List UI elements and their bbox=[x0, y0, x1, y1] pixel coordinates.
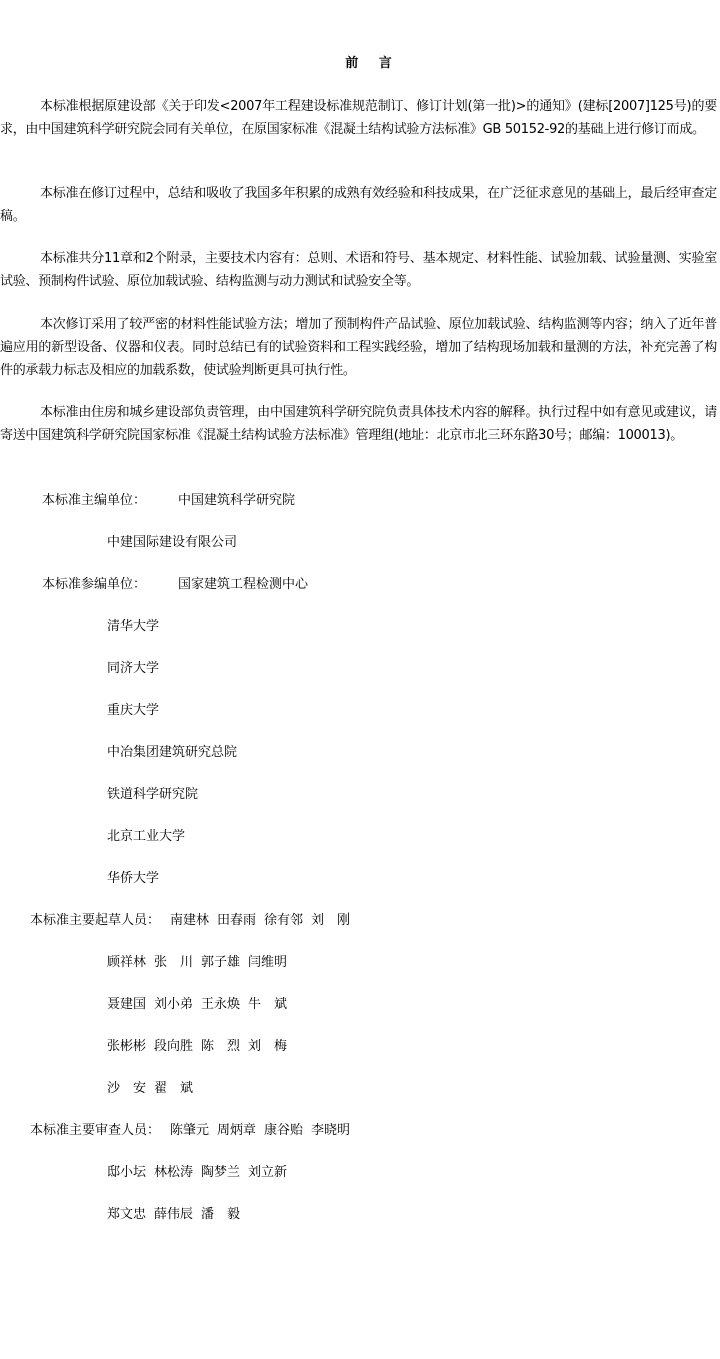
paragraph-5: 本标准由住房和城乡建设部负责管理，由中国建筑科学研究院负责具体技术内容的解释。执… bbox=[0, 401, 717, 447]
person-name: 陈 烈 bbox=[201, 1039, 240, 1054]
person-name: 刘 梅 bbox=[248, 1039, 287, 1054]
person-name: 段向胜 bbox=[154, 1039, 193, 1054]
participating-unit: 铁道科学研究院 bbox=[107, 783, 198, 802]
participating-unit: 国家建筑工程检测中心 bbox=[178, 573, 308, 592]
participating-unit: 中冶集团建筑研究总院 bbox=[107, 741, 237, 760]
person-name: 刘立新 bbox=[248, 1165, 287, 1180]
person-name: 刘小弟 bbox=[154, 997, 193, 1012]
paragraph-2: 本标准在修订过程中，总结和吸收了我国多年积累的成熟有效经验和科技成果，在广泛征求… bbox=[0, 182, 717, 228]
drafters-line: 张彬彬段向胜陈 烈刘 梅 bbox=[107, 1035, 295, 1054]
person-name: 徐有邻 bbox=[264, 913, 303, 928]
person-name: 聂建国 bbox=[107, 997, 146, 1012]
person-name: 王永焕 bbox=[201, 997, 240, 1012]
person-name: 李晓明 bbox=[311, 1123, 350, 1138]
person-name: 陶梦兰 bbox=[201, 1165, 240, 1180]
person-name: 郑文忠 bbox=[107, 1207, 146, 1222]
person-name: 翟 斌 bbox=[154, 1081, 193, 1096]
reviewers-line: 陈肇元周炳章康谷贻李晓明 bbox=[170, 1119, 358, 1138]
person-name: 田春雨 bbox=[217, 913, 256, 928]
person-name: 张彬彬 bbox=[107, 1039, 146, 1054]
participating-unit: 北京工业大学 bbox=[107, 825, 185, 844]
paragraph-1: 本标准根据原建设部《关于印发<2007年工程建设标准规范制订、修订计划(第一批)… bbox=[0, 95, 717, 141]
page-title: 前 言 bbox=[0, 52, 720, 71]
participating-editors-label: 本标准参编单位： bbox=[42, 573, 146, 592]
reviewers-line: 郑文忠薛伟辰潘 毅 bbox=[107, 1203, 248, 1222]
person-name: 邸小坛 bbox=[107, 1165, 146, 1180]
participating-unit: 重庆大学 bbox=[107, 699, 159, 718]
person-name: 周炳章 bbox=[217, 1123, 256, 1138]
person-name: 康谷贻 bbox=[264, 1123, 303, 1138]
person-name: 陈肇元 bbox=[170, 1123, 209, 1138]
drafters-line: 顾祥林张 川郭子雄闫维明 bbox=[107, 951, 295, 970]
drafters-line: 聂建国刘小弟王永焕牛 斌 bbox=[107, 993, 295, 1012]
person-name: 牛 斌 bbox=[248, 997, 287, 1012]
person-name: 南建林 bbox=[170, 913, 209, 928]
reviewers-line: 邸小坛林松涛陶梦兰刘立新 bbox=[107, 1161, 295, 1180]
person-name: 薛伟辰 bbox=[154, 1207, 193, 1222]
person-name: 林松涛 bbox=[154, 1165, 193, 1180]
drafters-line: 沙 安翟 斌 bbox=[107, 1077, 201, 1096]
person-name: 顾祥林 bbox=[107, 955, 146, 970]
paragraph-4: 本次修订采用了较严密的材料性能试验方法；增加了预制构件产品试验、原位加载试验、结… bbox=[0, 313, 717, 382]
chief-editor-unit: 中国建筑科学研究院 bbox=[178, 489, 295, 508]
drafters-line: 南建林田春雨徐有邻刘 刚 bbox=[170, 909, 358, 928]
participating-unit: 华侨大学 bbox=[107, 867, 159, 886]
person-name: 刘 刚 bbox=[311, 913, 350, 928]
participating-unit: 清华大学 bbox=[107, 615, 159, 634]
chief-editors-label: 本标准主编单位： bbox=[42, 489, 146, 508]
chief-editor-unit: 中建国际建设有限公司 bbox=[107, 531, 237, 550]
participating-unit: 同济大学 bbox=[107, 657, 159, 676]
paragraph-3: 本标准共分11章和2个附录，主要技术内容有：总则、术语和符号、基本规定、材料性能… bbox=[0, 247, 717, 293]
reviewers-label: 本标准主要审查人员： bbox=[30, 1119, 160, 1138]
person-name: 张 川 bbox=[154, 955, 193, 970]
person-name: 潘 毅 bbox=[201, 1207, 240, 1222]
person-name: 闫维明 bbox=[248, 955, 287, 970]
person-name: 郭子雄 bbox=[201, 955, 240, 970]
drafters-label: 本标准主要起草人员： bbox=[30, 909, 160, 928]
person-name: 沙 安 bbox=[107, 1081, 146, 1096]
